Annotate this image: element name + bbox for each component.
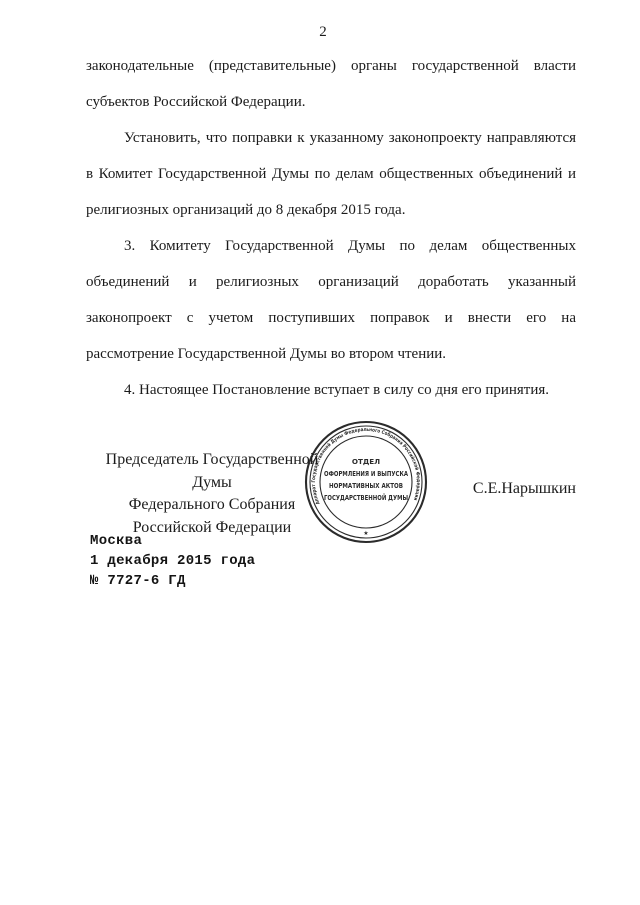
footer-city: Москва bbox=[90, 531, 255, 551]
paragraph: законодательные (представительные) орган… bbox=[86, 48, 576, 120]
body-line: Установить, что поправки к указанному за… bbox=[86, 120, 576, 156]
footer-number: № 7727-6 ГД bbox=[90, 571, 255, 591]
signature-title-line: Председатель Государственной Думы bbox=[86, 449, 338, 494]
document-body: законодательные (представительные) орган… bbox=[86, 48, 576, 408]
official-stamp-icon: Аппарат Государственной Думы Федеральног… bbox=[304, 420, 428, 544]
body-line: законопроект с учетом поступивших поправ… bbox=[86, 300, 576, 336]
body-line: объединений и религиозных организаций до… bbox=[86, 264, 576, 300]
paragraph: 4. Настоящее Постановление вступает в си… bbox=[86, 372, 576, 408]
paragraph: Установить, что поправки к указанному за… bbox=[86, 120, 576, 228]
signature-title-line: Федерального Собрания bbox=[86, 494, 338, 517]
body-line: 4. Настоящее Постановление вступает в си… bbox=[86, 372, 576, 408]
body-line: религиозных организаций до 8 декабря 201… bbox=[86, 192, 576, 228]
body-line: в Комитет Государственной Думы по делам … bbox=[86, 156, 576, 192]
body-line: законодательные (представительные) орган… bbox=[86, 48, 576, 84]
body-line: субъектов Российской Федерации. bbox=[86, 84, 576, 120]
stamp-center-line: ГОСУДАРСТВЕННОЙ ДУМЫ bbox=[324, 493, 408, 502]
footer-date: 1 декабря 2015 года bbox=[90, 551, 255, 571]
stamp-center-line: ОФОРМЛЕНИЯ И ВЫПУСКА bbox=[324, 470, 409, 478]
page-number: 2 bbox=[0, 24, 640, 41]
stamp-star-icon: ★ bbox=[363, 530, 368, 537]
stamp-center-line: ОТДЕЛ bbox=[352, 457, 380, 466]
document-page: 2 законодательные (представительные) орг… bbox=[0, 0, 640, 905]
document-footer: Москва 1 декабря 2015 года № 7727-6 ГД bbox=[90, 531, 255, 591]
signature-title-block: Председатель Государственной Думы Федера… bbox=[86, 449, 338, 539]
body-line: 3. Комитету Государственной Думы по дела… bbox=[86, 228, 576, 264]
body-line: рассмотрение Государственной Думы во вто… bbox=[86, 336, 576, 372]
paragraph: 3. Комитету Государственной Думы по дела… bbox=[86, 228, 576, 372]
stamp-center-line: НОРМАТИВНЫХ АКТОВ bbox=[329, 482, 403, 490]
